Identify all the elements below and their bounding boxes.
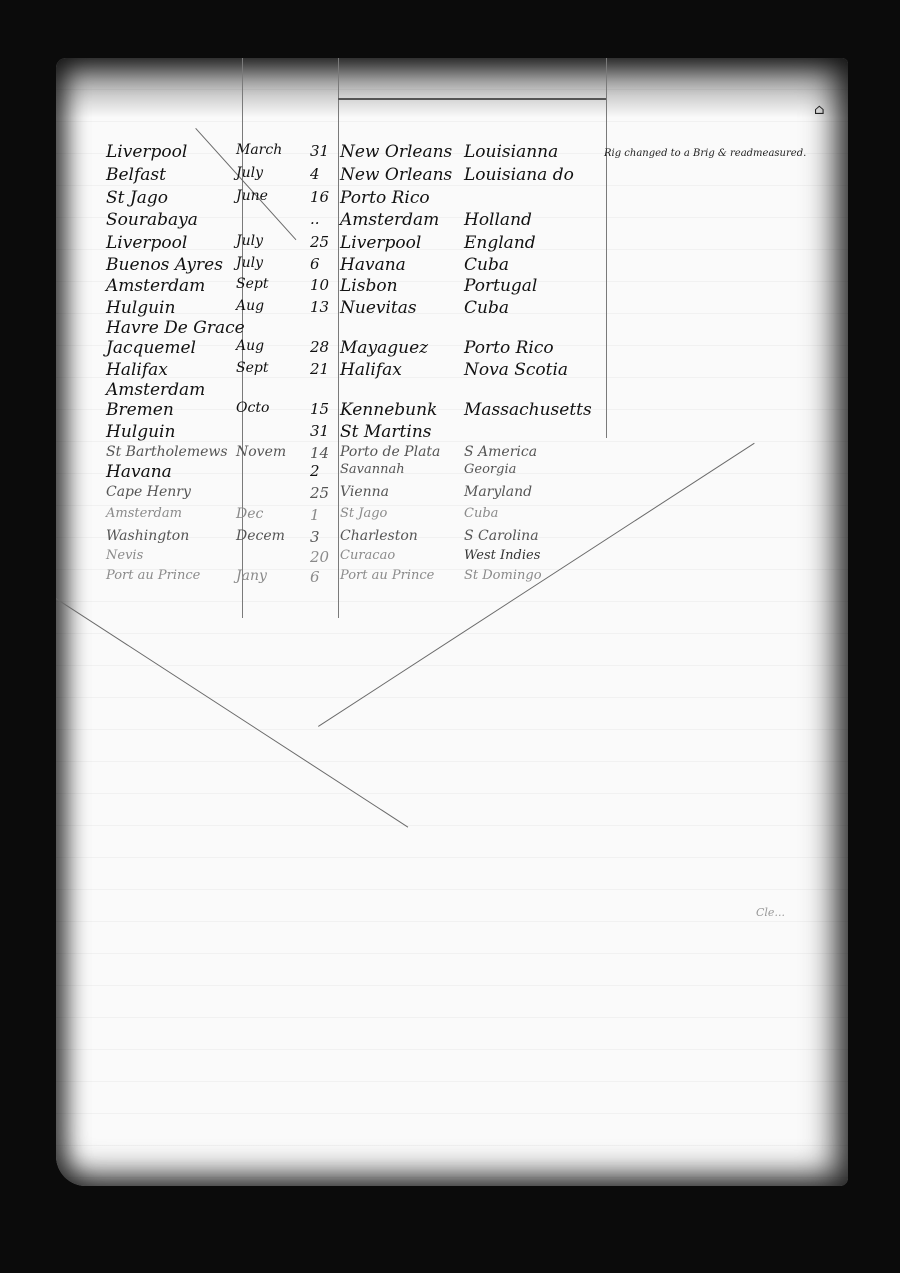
ledger-row: Jacquemel Aug 28 Mayaguez Porto Rico [56,338,848,360]
month: Dec [236,506,263,522]
port: Havana [106,462,172,482]
month: Jany [236,568,267,584]
state: Cuba [464,255,509,275]
place: Vienna [340,484,389,500]
day: 1 [310,506,320,524]
day: 16 [310,188,329,206]
day: 31 [310,142,329,160]
place: Charleston [340,528,418,544]
port: Havre De Grace [106,318,245,338]
ledger-row: Amsterdam Sept 10 Lisbon Portugal [56,276,848,298]
state: Louisiana do [464,165,574,185]
ledger-row: St Jago June 16 Porto Rico [56,188,848,210]
port: Amsterdam [106,276,205,296]
place: Mayaguez [340,338,428,358]
ledger-row: Amsterdam Dec 1 St Jago Cuba [56,506,848,528]
day: 6 [310,255,320,273]
month: March [236,142,282,158]
port: Liverpool [106,142,187,162]
ledger-row: Sourabaya .. Amsterdam Holland [56,210,848,232]
day: 25 [310,484,329,502]
day: 28 [310,338,329,356]
page-top-shadow [56,58,848,118]
port: Hulguin [106,422,175,442]
ledger-row: Nevis 20 Curacao West Indies [56,548,848,570]
ledger-row: Hulguin Aug 13 Nuevitas Cuba [56,298,848,320]
month: Octo [236,400,269,416]
port: Amsterdam [106,506,182,521]
ledger-row: Washington Decem 3 Charleston S Carolina [56,528,848,550]
month: Aug [236,338,264,354]
ledger-page: ⌂ Rig changed to a Brig & readmeasured. … [56,58,848,1186]
state: Cuba [464,298,509,318]
month: Sept [236,360,268,376]
state: Maryland [464,484,532,500]
place: Liverpool [340,233,421,253]
state: England [464,233,536,253]
port: Belfast [106,165,166,185]
state: Porto Rico [464,338,554,358]
state: Holland [464,210,532,230]
month: Sept [236,276,268,292]
ledger-row: Amsterdam [56,380,848,402]
ledger-row: Liverpool July 25 Liverpool England [56,233,848,255]
day: 13 [310,298,329,316]
cancel-stroke [56,598,408,828]
port: Cape Henry [106,484,191,500]
day: 21 [310,360,329,378]
ledger-row: Havana 2 Savannah Georgia [56,462,848,484]
place: St Martins [340,422,432,442]
day: 20 [310,548,329,566]
day: 3 [310,528,320,546]
port: Port au Prince [106,568,200,583]
day: 15 [310,400,329,418]
state: St Domingo [464,568,542,583]
state: S America [464,444,537,460]
state: Portugal [464,276,537,296]
state: Louisianna [464,142,558,162]
place: New Orleans [340,142,452,162]
state: Massachusetts [464,400,592,420]
port: Halifax [106,360,168,380]
state: Georgia [464,462,516,477]
day: 14 [310,444,329,462]
state: West Indies [464,548,540,563]
day: 2 [310,462,320,480]
place: Savannah [340,462,405,477]
place: Kennebunk [340,400,437,420]
place: Porto de Plata [340,444,440,460]
ledger-row: Belfast July 4 New Orleans Louisiana do [56,165,848,187]
port: Nevis [106,548,143,563]
place: Port au Prince [340,568,434,583]
month: July [236,165,263,181]
day: .. [310,210,320,228]
corner-mark: ⌂ [814,102,825,118]
place: Porto Rico [340,188,430,208]
header-rule [338,98,606,100]
month: June [236,188,268,204]
place: New Orleans [340,165,452,185]
port: Sourabaya [106,210,198,230]
place: Lisbon [340,276,398,296]
place: Curacao [340,548,395,563]
ledger-row: Port au Prince Jany 6 Port au Prince St … [56,568,848,590]
place: Amsterdam [340,210,439,230]
state: S Carolina [464,528,539,544]
port: Washington [106,528,189,544]
port: St Jago [106,188,168,208]
ledger-row: Cape Henry 25 Vienna Maryland [56,484,848,506]
month: July [236,233,263,249]
day: 31 [310,422,329,440]
day: 4 [310,165,320,183]
place: Havana [340,255,406,275]
port: Amsterdam [106,380,205,400]
ledger-row: Buenos Ayres July 6 Havana Cuba [56,255,848,277]
ledger-row: Halifax Sept 21 Halifax Nova Scotia [56,360,848,382]
pencil-mark: Cle... [756,906,785,919]
port: Jacquemel [106,338,196,358]
month: Novem [236,444,286,460]
port: Buenos Ayres [106,255,223,275]
month: Decem [236,528,285,544]
day: 6 [310,568,320,586]
place: Halifax [340,360,402,380]
day: 25 [310,233,329,251]
port: Bremen [106,400,174,420]
month: Aug [236,298,264,314]
place: St Jago [340,506,387,521]
place: Nuevitas [340,298,417,318]
month: July [236,255,263,271]
ledger-row: Liverpool March 31 New Orleans Louisiann… [56,142,848,164]
state: Nova Scotia [464,360,568,380]
ledger-row: Hulguin 31 St Martins [56,422,848,444]
port: Liverpool [106,233,187,253]
ledger-row: Bremen Octo 15 Kennebunk Massachusetts [56,400,848,422]
state: Cuba [464,506,498,521]
port: St Bartholemews [106,444,228,460]
port: Hulguin [106,298,175,318]
day: 10 [310,276,329,294]
ledger-row: Havre De Grace [56,318,848,340]
